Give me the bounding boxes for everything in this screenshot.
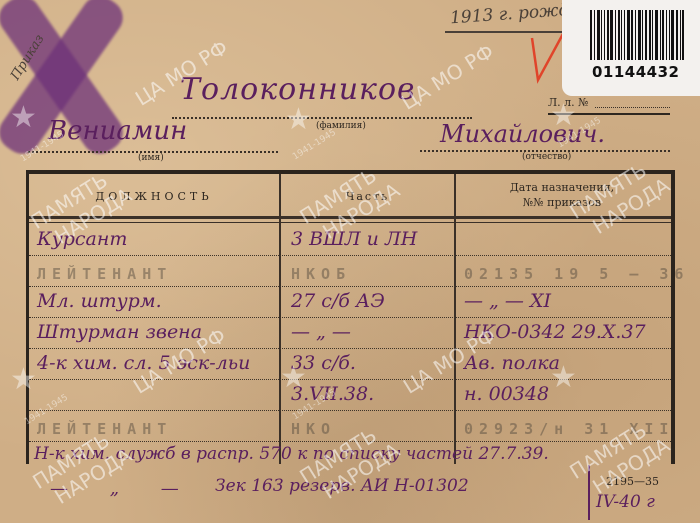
table-cell-order: 02923/н 31 XII	[464, 420, 664, 438]
header-date-line1: Дата назначения,	[456, 181, 668, 194]
barcode-bar	[618, 10, 620, 60]
note-line-2: Зек 163 резерв. АИ Н-01302	[215, 476, 469, 496]
barcode-bar	[635, 10, 636, 60]
barcode-bar	[682, 10, 684, 60]
first-name-value: Вениамин	[48, 116, 187, 146]
table-cell-position: Курсант	[37, 228, 277, 250]
barcode-bar	[627, 10, 630, 60]
list-number-line	[595, 107, 670, 108]
barcode-bar	[604, 10, 605, 60]
reference-date: IV-40 г	[596, 492, 655, 512]
first-name-caption: (имя)	[138, 153, 164, 163]
barcode-bar	[615, 10, 616, 60]
row-divider	[29, 255, 671, 256]
header-date-line2: №№ приказов	[456, 196, 668, 209]
barcode-bar	[680, 10, 681, 60]
barcode-bar	[652, 10, 653, 60]
watermark-star-icon: ★	[550, 98, 577, 133]
note-divider	[588, 465, 590, 520]
barcode-bar	[676, 10, 678, 60]
header-position: ДОЛЖНОСТЬ	[29, 190, 279, 203]
archive-id: 01144432	[592, 63, 680, 81]
table-cell-unit: НКОБ	[291, 265, 451, 283]
surname-line	[172, 117, 472, 119]
reference-number: 2195—35	[606, 475, 659, 488]
barcode-bar	[666, 10, 667, 60]
header-divider-thin	[29, 222, 671, 223]
barcode-bar	[631, 10, 633, 60]
watermark-star-icon: ★	[550, 360, 577, 395]
barcode-label: 01144432	[562, 0, 700, 96]
table-cell-position: ЛЕЙТЕНАНТ	[37, 265, 277, 283]
watermark-star-icon: ★	[10, 362, 37, 397]
patronymic-caption: (отчество)	[522, 152, 571, 162]
note-line-1: Н-к хим. служб в распр. 570 к по списку …	[34, 444, 549, 464]
watermark-star-icon: ★	[280, 360, 307, 395]
barcode-bar	[621, 10, 622, 60]
table-cell-position: Штурман звена	[37, 321, 277, 343]
barcode-bar	[638, 10, 641, 60]
barcode-bar	[590, 10, 592, 60]
barcode-bar	[642, 10, 643, 60]
row-divider	[29, 348, 671, 349]
barcode-icon	[590, 10, 688, 60]
row-divider	[29, 317, 671, 318]
barcode-bar	[645, 10, 647, 60]
barcode-bar	[607, 10, 609, 60]
table-cell-position: 4-к хим. сл. 5 эск-льи	[37, 352, 277, 374]
barcode-bar	[594, 10, 595, 60]
barcode-bar	[662, 10, 664, 60]
barcode-bar	[610, 10, 613, 60]
barcode-bar	[669, 10, 670, 60]
header-divider	[29, 216, 671, 219]
table-cell-unit: — „ —	[291, 321, 451, 343]
barcode-bar	[649, 10, 651, 60]
barcode-bar	[655, 10, 658, 60]
column-divider-1	[279, 174, 281, 464]
table-cell-position: ЛЕЙТЕНАНТ	[37, 420, 277, 438]
row-divider	[29, 410, 671, 411]
header-unit: Часть	[281, 190, 454, 203]
table-cell-unit: 33 с/б.	[291, 352, 451, 374]
table-cell-position: Мл. штурм.	[37, 290, 277, 312]
note-line-2-dash: — „ —	[50, 478, 197, 499]
table-cell-unit: 3 ВШЛ и ЛН	[291, 228, 451, 250]
barcode-bar	[601, 10, 602, 60]
table-cell-order: — „ — XI	[464, 290, 664, 312]
barcode-bar	[671, 10, 674, 60]
table-cell-order: НКО-0342 29.X.37	[464, 321, 664, 343]
barcode-bar	[624, 10, 625, 60]
service-record-table: ДОЛЖНОСТЬ Часть Дата назначения, №№ прик…	[26, 170, 675, 464]
column-divider-2	[454, 174, 456, 464]
watermark-star-icon: ★	[10, 100, 37, 135]
birth-year-note: 1913 г. рожд.	[449, 0, 575, 28]
table-cell-unit: НКО	[291, 420, 451, 438]
table-cell-order: 02135 19 5 – 36 г.	[464, 265, 664, 283]
watermark-star-icon: ★	[285, 102, 312, 137]
table-cell-unit: 27 с/б АЭ	[291, 290, 451, 312]
row-divider	[29, 441, 671, 442]
surname-caption: (фамилия)	[316, 121, 366, 131]
row-divider	[29, 286, 671, 287]
barcode-bar	[660, 10, 661, 60]
barcode-bar	[597, 10, 600, 60]
